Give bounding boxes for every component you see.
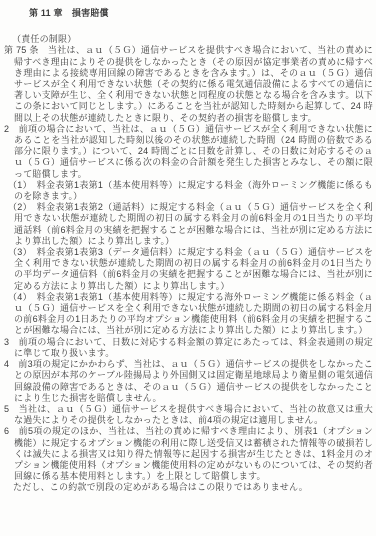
document-page: 第 11 章 損害賠償 （責任の制限） 第 75 条 当社は、ａｕ（５Ｇ）通信サ…: [0, 0, 376, 536]
section-heading: （責任の制限）: [3, 34, 373, 45]
article-75-clause-4: 4 前3項の規定にかかわらず、当社は、ａｕ（５Ｇ）通信サービスの提供をしなかった…: [3, 359, 373, 404]
article-75-clause-1: 第 75 条 当社は、ａｕ（５Ｇ）通信サービスを提供すべき場合において、当社の責…: [3, 45, 373, 123]
article-75-clause-5: 5 当社は、ａｕ（５Ｇ）通信サービスを提供すべき場合において、当社の故意又は重大…: [3, 404, 373, 426]
article-75-item-2: （2） 料金表第1表第2（通話料）に規定する料金（ａｕ（５Ｇ）通信サービスを全く…: [3, 202, 373, 247]
article-75-item-1: （1） 料金表第1表第1（基本使用料等）に規定する料金（海外ローミング機能に係る…: [3, 180, 373, 202]
article-75-clause-6: 6 前5項の規定のほか、当社は、当社の責めに帰すべき理由により、別表1（オプショ…: [3, 426, 373, 482]
chapter-title: 第 11 章 損害賠償: [3, 8, 373, 19]
article-75-item-4: （4） 料金表第1表第1（基本使用料等）に規定する海外ローミング機能に係る料金（…: [3, 292, 373, 337]
article-75-item-3: （3） 料金表第1表第3（データ通信料）に規定する料金（ａｕ（５Ｇ）通信サービス…: [3, 247, 373, 292]
article-75-clause-2: 2 前項の場合において、当社は、ａｕ（５Ｇ）通信サービスが全く利用できない状態に…: [3, 124, 373, 180]
article-75-proviso: ただし、この約款で別段の定めがある場合はこの限りではありません。: [3, 482, 373, 493]
article-75-clause-3: 3 前項の場合において、日数に対応する料金額の算定にあたっては、料金表通則の規定…: [3, 337, 373, 359]
